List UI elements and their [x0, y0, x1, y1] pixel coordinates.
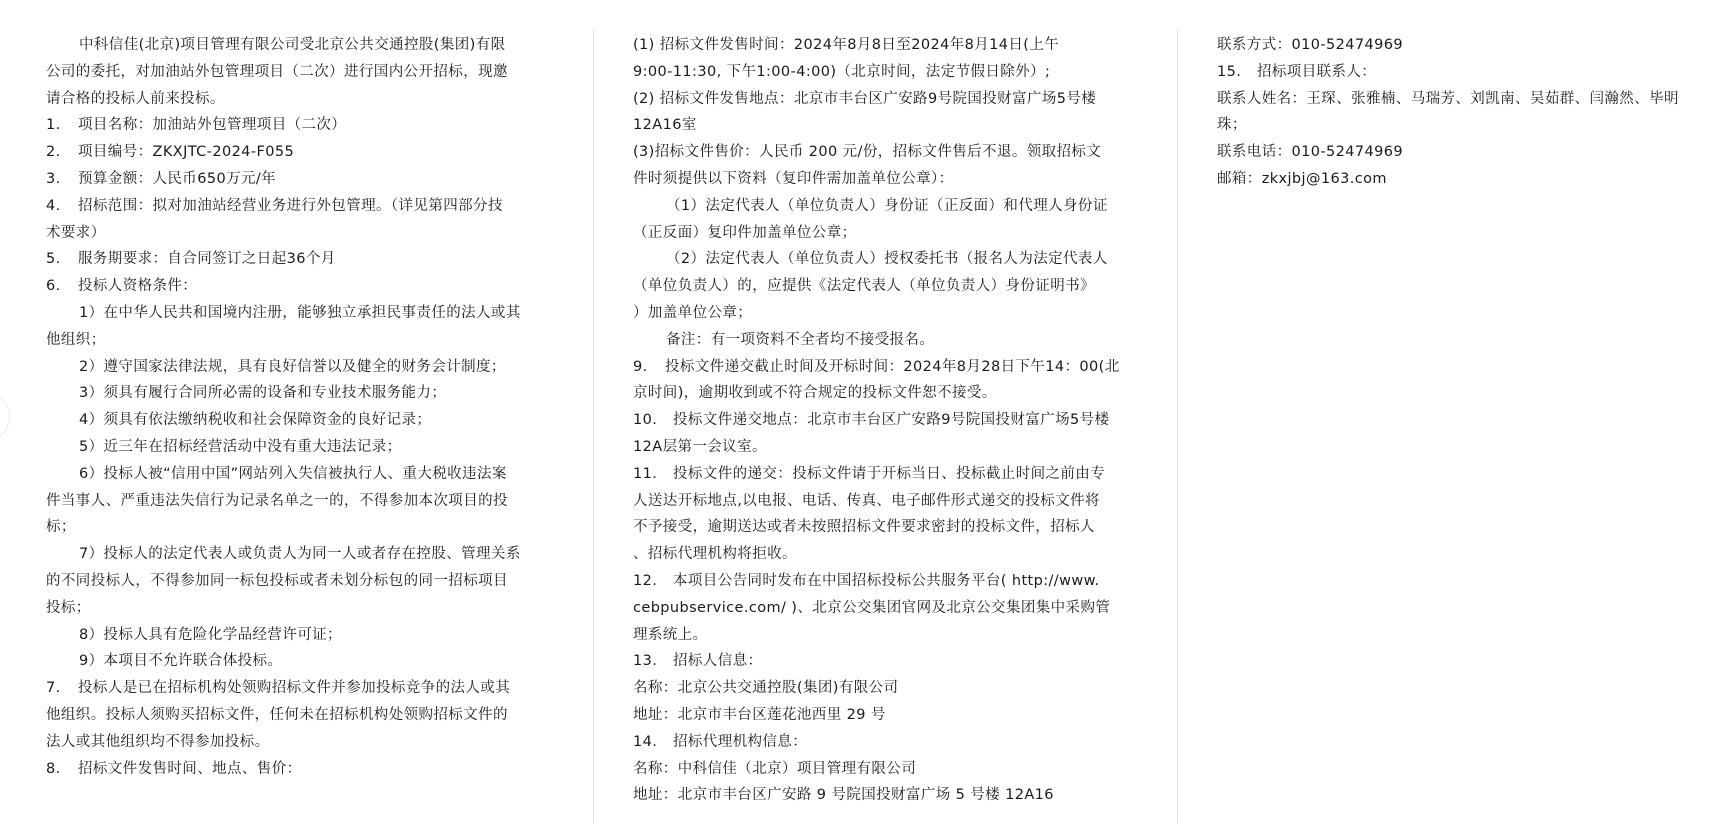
text-line: 中科信佳(北京)项目管理有限公司受北京公共交通控股(集团)有限: [46, 32, 556, 59]
line-text: 标；: [46, 519, 76, 535]
text-line: 请合格的投标人前来投标。: [46, 86, 556, 113]
line-text: 9）本项目不允许联合体投标。: [79, 653, 282, 669]
item-number: 9.: [633, 354, 665, 381]
text-line: 3）须具有履行合同所必需的设备和专业技术服务能力；: [46, 380, 556, 407]
text-line: 8.招标文件发售时间、地点、售价：: [46, 756, 556, 783]
column-divider: [593, 30, 594, 823]
text-line: （单位负责人）的，应提供《法定代表人（单位负责人）身份证明书》: [633, 273, 1143, 300]
text-line: 13.招标人信息：: [633, 648, 1143, 675]
text-line: 联系电话：010-52474969: [1217, 139, 1717, 166]
scroll-edge-indicator: [0, 392, 10, 442]
text-line: 15.招标项目联系人：: [1217, 59, 1717, 86]
line-text: 12A16室: [633, 117, 697, 133]
line-text: 7）投标人的法定代表人或负责人为同一人或者存在控股、管理关系: [79, 546, 521, 562]
line-text: 招标项目联系人：: [1257, 64, 1376, 80]
text-line: 1.项目名称：加油站外包管理项目（二次）: [46, 112, 556, 139]
line-text: 项目名称：加油站外包管理项目（二次）: [78, 117, 346, 133]
text-line: 公司的委托，对加油站外包管理项目（二次）进行国内公开招标，现邀: [46, 59, 556, 86]
item-number: 7.: [46, 675, 78, 702]
text-line: （2）法定代表人（单位负责人）授权委托书（报名人为法定代表人: [633, 246, 1143, 273]
text-line: 5.服务期要求：自合同签订之日起36个月: [46, 246, 556, 273]
item-number: 10.: [633, 407, 673, 434]
text-line: 12A层第一会议室。: [633, 434, 1143, 461]
line-text: 理系统上。: [633, 627, 708, 643]
line-text: (1) 招标文件发售时间：2024年8月8日至2024年8月14日(上午: [633, 37, 1059, 53]
line-text: 投标；: [46, 600, 91, 616]
line-text: 2）遵守国家法律法规，具有良好信誉以及健全的财务会计制度；: [79, 359, 506, 375]
item-number: 14.: [633, 729, 673, 756]
text-line: 他组织；: [46, 327, 556, 354]
line-text: 8）投标人具有危险化学品经营许可证；: [79, 627, 342, 643]
text-line: 7.投标人是已在招标机构处领购招标文件并参加投标竞争的法人或其: [46, 675, 556, 702]
text-line: 标；: [46, 514, 556, 541]
text-line: 地址：北京市丰台区广安路 9 号院国投财富广场 5 号楼 12A16: [633, 782, 1143, 809]
line-text: 3）须具有履行合同所必需的设备和专业技术服务能力；: [79, 385, 446, 401]
line-text: 投标人是已在招标机构处领购招标文件并参加投标竞争的法人或其: [78, 680, 510, 696]
line-text: 邮箱：zkxjbj@163.com: [1217, 171, 1387, 187]
line-text: 投标人资格条件：: [78, 278, 197, 294]
line-text: 联系电话：010-52474969: [1217, 144, 1403, 160]
line-text: 6）投标人被“信用中国”网站列入失信被执行人、重大税收违法案: [79, 466, 507, 482]
text-line: 法人或其他组织均不得参加投标。: [46, 729, 556, 756]
line-text: 地址：北京市丰台区广安路 9 号院国投财富广场 5 号楼 12A16: [633, 787, 1054, 803]
text-line: 京时间)，逾期收到或不符合规定的投标文件恕不接受。: [633, 380, 1143, 407]
line-text: 投标文件递交截止时间及开标时间：2024年8月28日下午14：00(北: [665, 359, 1120, 375]
text-line: 件时须提供以下资料（复印件需加盖单位公章）：: [633, 166, 1143, 193]
text-line: （正反面）复印件加盖单位公章；: [633, 220, 1143, 247]
line-text: （正反面）复印件加盖单位公章；: [633, 225, 857, 241]
line-text: (3)招标文件售价：人民币 200 元/份，招标文件售后不退。领取招标文: [633, 144, 1101, 160]
line-text: 不予接受，逾期送达或者未按照招标文件要求密封的投标文件，招标人: [633, 519, 1095, 535]
line-text: 联系人姓名：王琛、张雅楠、马瑞芳、刘凯南、吴茹群、闫瀚然、毕明: [1217, 91, 1679, 107]
text-line: 名称：北京公共交通控股(集团)有限公司: [633, 675, 1143, 702]
text-line: 3.预算金额：人民币650万元/年: [46, 166, 556, 193]
line-text: （单位负责人）的，应提供《法定代表人（单位负责人）身份证明书》: [633, 278, 1095, 294]
line-text: 请合格的投标人前来投标。: [46, 91, 225, 107]
text-line: 9）本项目不允许联合体投标。: [46, 648, 556, 675]
text-line: (3)招标文件售价：人民币 200 元/份，招标文件售后不退。领取招标文: [633, 139, 1143, 166]
text-line: (1) 招标文件发售时间：2024年8月8日至2024年8月14日(上午: [633, 32, 1143, 59]
line-text: 投标文件的递交：投标文件请于开标当日、投标截止时间之前由专: [673, 466, 1105, 482]
text-line: 件当事人、严重违法失信行为记录名单之一的，不得参加本次项目的投: [46, 488, 556, 515]
text-line: 地址：北京市丰台区莲花池西里 29 号: [633, 702, 1143, 729]
line-text: 本项目公告同时发布在中国招标投标公共服务平台( http://www.: [673, 573, 1100, 589]
item-number: 15.: [1217, 59, 1257, 86]
line-text: 1）在中华人民共和国境内注册，能够独立承担民事责任的法人或其: [79, 305, 521, 321]
line-text: 件时须提供以下资料（复印件需加盖单位公章）：: [633, 171, 954, 187]
line-text: 4）须具有依法缴纳税收和社会保障资金的良好记录；: [79, 412, 431, 428]
text-line: 术要求）: [46, 220, 556, 247]
text-line: 不予接受，逾期送达或者未按照招标文件要求密封的投标文件，招标人: [633, 514, 1143, 541]
text-line: 、招标代理机构将拒收。: [633, 541, 1143, 568]
line-text: ）加盖单位公章；: [633, 305, 752, 321]
text-line: 10.投标文件递交地点：北京市丰台区广安路9号院国投财富广场5号楼: [633, 407, 1143, 434]
line-text: 法人或其他组织均不得参加投标。: [46, 734, 270, 750]
line-text: 地址：北京市丰台区莲花池西里 29 号: [633, 707, 886, 723]
line-text: 京时间)，逾期收到或不符合规定的投标文件恕不接受。: [633, 385, 997, 401]
line-text: 、招标代理机构将拒收。: [633, 546, 797, 562]
line-text: 联系方式：010-52474969: [1217, 37, 1403, 53]
line-text: cebpubservice.com/ )、北京公交集团官网及北京公交集团集中采购…: [633, 600, 1110, 616]
line-text: 备注：有一项资料不全者均不接受报名。: [666, 332, 934, 348]
text-line: 珠；: [1217, 112, 1717, 139]
item-number: 6.: [46, 273, 78, 300]
line-text: 术要求）: [46, 225, 106, 241]
item-number: 13.: [633, 648, 673, 675]
text-line: 11.投标文件的递交：投标文件请于开标当日、投标截止时间之前由专: [633, 461, 1143, 488]
text-line: 6）投标人被“信用中国”网站列入失信被执行人、重大税收违法案: [46, 461, 556, 488]
item-number: 2.: [46, 139, 78, 166]
text-line: 投标；: [46, 595, 556, 622]
text-line: 6.投标人资格条件：: [46, 273, 556, 300]
line-text: 名称：北京公共交通控股(集团)有限公司: [633, 680, 898, 696]
text-line: 7）投标人的法定代表人或负责人为同一人或者存在控股、管理关系: [46, 541, 556, 568]
line-text: 5）近三年在招标经营活动中没有重大违法记录；: [79, 439, 402, 455]
right-column: 联系方式：010-5247496915.招标项目联系人：联系人姓名：王琛、张雅楠…: [1217, 32, 1717, 193]
text-line: 他组织。投标人须购买招标文件，任何未在招标机构处领购招标文件的: [46, 702, 556, 729]
text-line: cebpubservice.com/ )、北京公交集团官网及北京公交集团集中采购…: [633, 595, 1143, 622]
text-line: 9:00-11:30, 下午1:00-4:00)（北京时间，法定节假日除外）;: [633, 59, 1143, 86]
line-text: 9:00-11:30, 下午1:00-4:00)（北京时间，法定节假日除外）;: [633, 64, 1050, 80]
line-text: 他组织。投标人须购买招标文件，任何未在招标机构处领购招标文件的: [46, 707, 508, 723]
line-text: 12A层第一会议室。: [633, 439, 767, 455]
item-number: 5.: [46, 246, 78, 273]
column-divider: [1177, 30, 1178, 823]
line-text: 珠；: [1217, 117, 1247, 133]
line-text: 招标代理机构信息：: [673, 734, 807, 750]
line-text: 人送达开标地点,以电报、电话、传真、电子邮件形式递交的投标文件将: [633, 493, 1100, 509]
item-number: 1.: [46, 112, 78, 139]
line-text: 他组织；: [46, 332, 106, 348]
text-line: 联系方式：010-52474969: [1217, 32, 1717, 59]
text-line: 14.招标代理机构信息：: [633, 729, 1143, 756]
text-line: 的不同投标人，不得参加同一标包投标或者未划分标包的同一招标项目: [46, 568, 556, 595]
line-text: 件当事人、严重违法失信行为记录名单之一的，不得参加本次项目的投: [46, 493, 508, 509]
text-line: 1）在中华人民共和国境内注册，能够独立承担民事责任的法人或其: [46, 300, 556, 327]
line-text: 中科信佳(北京)项目管理有限公司受北京公共交通控股(集团)有限: [79, 37, 506, 53]
line-text: 投标文件递交地点：北京市丰台区广安路9号院国投财富广场5号楼: [673, 412, 1109, 428]
text-line: 名称：中科信佳（北京）项目管理有限公司: [633, 756, 1143, 783]
line-text: （2）法定代表人（单位负责人）授权委托书（报名人为法定代表人: [666, 251, 1108, 267]
text-line: 2.项目编号：ZKXJTC-2024-F055: [46, 139, 556, 166]
line-text: （1）法定代表人（单位负责人）身份证（正反面）和代理人身份证: [666, 198, 1108, 214]
text-line: 备注：有一项资料不全者均不接受报名。: [633, 327, 1143, 354]
text-line: 9.投标文件递交截止时间及开标时间：2024年8月28日下午14：00(北: [633, 354, 1143, 381]
text-line: 8）投标人具有危险化学品经营许可证；: [46, 622, 556, 649]
text-line: 联系人姓名：王琛、张雅楠、马瑞芳、刘凯南、吴茹群、闫瀚然、毕明: [1217, 86, 1717, 113]
line-text: (2) 招标文件发售地点：北京市丰台区广安路9号院国投财富广场5号楼: [633, 91, 1096, 107]
item-number: 8.: [46, 756, 78, 783]
line-text: 名称：中科信佳（北京）项目管理有限公司: [633, 761, 916, 777]
line-text: 预算金额：人民币650万元/年: [78, 171, 276, 187]
item-number: 11.: [633, 461, 673, 488]
line-text: 项目编号：ZKXJTC-2024-F055: [78, 144, 294, 160]
item-number: 4.: [46, 193, 78, 220]
line-text: 招标范围：拟对加油站经营业务进行外包管理。（详见第四部分技: [78, 198, 503, 214]
text-line: 人送达开标地点,以电报、电话、传真、电子邮件形式递交的投标文件将: [633, 488, 1143, 515]
text-line: (2) 招标文件发售地点：北京市丰台区广安路9号院国投财富广场5号楼: [633, 86, 1143, 113]
text-line: ）加盖单位公章；: [633, 300, 1143, 327]
line-text: 公司的委托，对加油站外包管理项目（二次）进行国内公开招标，现邀: [46, 64, 508, 80]
text-line: 理系统上。: [633, 622, 1143, 649]
text-line: （1）法定代表人（单位负责人）身份证（正反面）和代理人身份证: [633, 193, 1143, 220]
line-text: 服务期要求：自合同签订之日起36个月: [78, 251, 336, 267]
item-number: 3.: [46, 166, 78, 193]
line-text: 招标人信息：: [673, 653, 762, 669]
line-text: 的不同投标人，不得参加同一标包投标或者未划分标包的同一招标项目: [46, 573, 508, 589]
text-line: 5）近三年在招标经营活动中没有重大违法记录；: [46, 434, 556, 461]
text-line: 12.本项目公告同时发布在中国招标投标公共服务平台( http://www.: [633, 568, 1143, 595]
text-line: 2）遵守国家法律法规，具有良好信誉以及健全的财务会计制度；: [46, 354, 556, 381]
text-line: 4）须具有依法缴纳税收和社会保障资金的良好记录；: [46, 407, 556, 434]
text-line: 邮箱：zkxjbj@163.com: [1217, 166, 1717, 193]
middle-column: (1) 招标文件发售时间：2024年8月8日至2024年8月14日(上午9:00…: [633, 32, 1143, 809]
line-text: 招标文件发售时间、地点、售价：: [78, 761, 302, 777]
text-line: 4.招标范围：拟对加油站经营业务进行外包管理。（详见第四部分技: [46, 193, 556, 220]
left-column: 中科信佳(北京)项目管理有限公司受北京公共交通控股(集团)有限公司的委托，对加油…: [46, 32, 556, 782]
item-number: 12.: [633, 568, 673, 595]
text-line: 12A16室: [633, 112, 1143, 139]
